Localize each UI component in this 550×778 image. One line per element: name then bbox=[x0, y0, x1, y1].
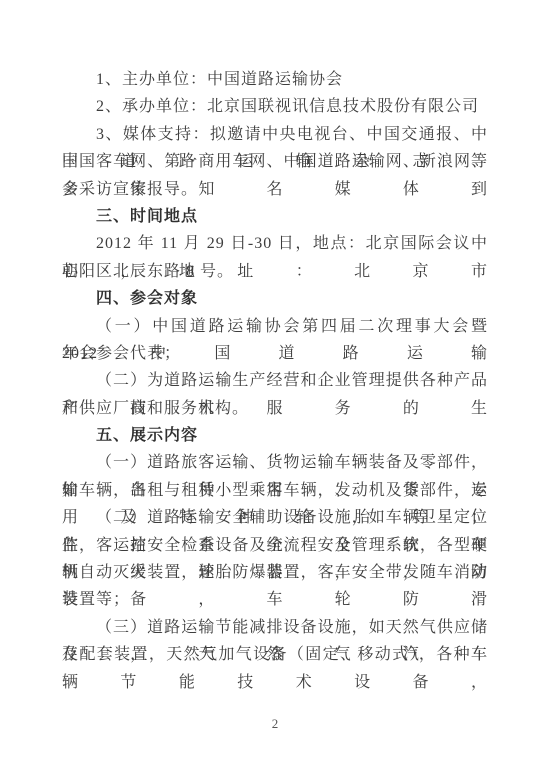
doc-line: （一）道路旅客运输、货物运输车辆装备及零部件，如各种客、货运 bbox=[62, 449, 488, 476]
doc-line-media-support: 3、媒体支持：拟邀请中央电视台、中国交通报、中国道路运输杂志、 bbox=[62, 121, 488, 148]
doc-line-co-organizer: 2、承办单位：北京国联视讯信息技术股份有限公司 bbox=[62, 93, 488, 120]
doc-line: 件，客运站安全检查设备及全流程安全管理系统，各型车辆缓速器，发动 bbox=[62, 532, 488, 559]
doc-line-date-venue: 2012 年 11 月 29 日-30 日，地点：北京国际会议中心，地址：北京市 bbox=[62, 230, 488, 257]
section-heading-time-place: 三、时间地点 bbox=[62, 203, 488, 230]
doc-line: （二）道路运输安全辅助设备设施，如车辆卫星定位监控系统及软硬 bbox=[62, 504, 488, 531]
doc-line: 中国客车网、第一商用车网、中国道路运输网、新浪网等多家知名媒体到 bbox=[62, 148, 488, 175]
page-number: 2 bbox=[0, 716, 550, 732]
doc-line: （三）道路运输节能减排设备设施，如天然气供应储存，天然气汽车 bbox=[62, 614, 488, 641]
section-heading-exhibits: 五、展示内容 bbox=[62, 422, 488, 449]
doc-line: （一）中国道路运输协会第四届二次理事大会暨 2012 中国道路运输 bbox=[62, 313, 488, 340]
doc-line-organizer: 1、主办单位：中国道路运输协会 bbox=[62, 66, 488, 93]
document-page: 1、主办单位：中国道路运输协会 2、承办单位：北京国联视讯信息技术股份有限公司 … bbox=[0, 0, 550, 778]
doc-line: 及配套装置，天然气加气设备（固定、移动式），各种车辆节能技术设备， bbox=[62, 641, 488, 668]
doc-line: （二）为道路运输生产经营和企业管理提供各种产品和技术服务的生 bbox=[62, 367, 488, 394]
document-body: 1、主办单位：中国道路运输协会 2、承办单位：北京国联视讯信息技术股份有限公司 … bbox=[62, 66, 488, 669]
doc-line: 机自动灭火装置，轮胎防爆装置，客车安全带，随车消防设备，车轮防滑 bbox=[62, 559, 488, 586]
section-heading-attendees: 四、参会对象 bbox=[62, 285, 488, 312]
doc-line: 输车辆，出租与租赁小型乘用车辆，发动机及零部件，专用及特种轮胎等； bbox=[62, 477, 488, 504]
